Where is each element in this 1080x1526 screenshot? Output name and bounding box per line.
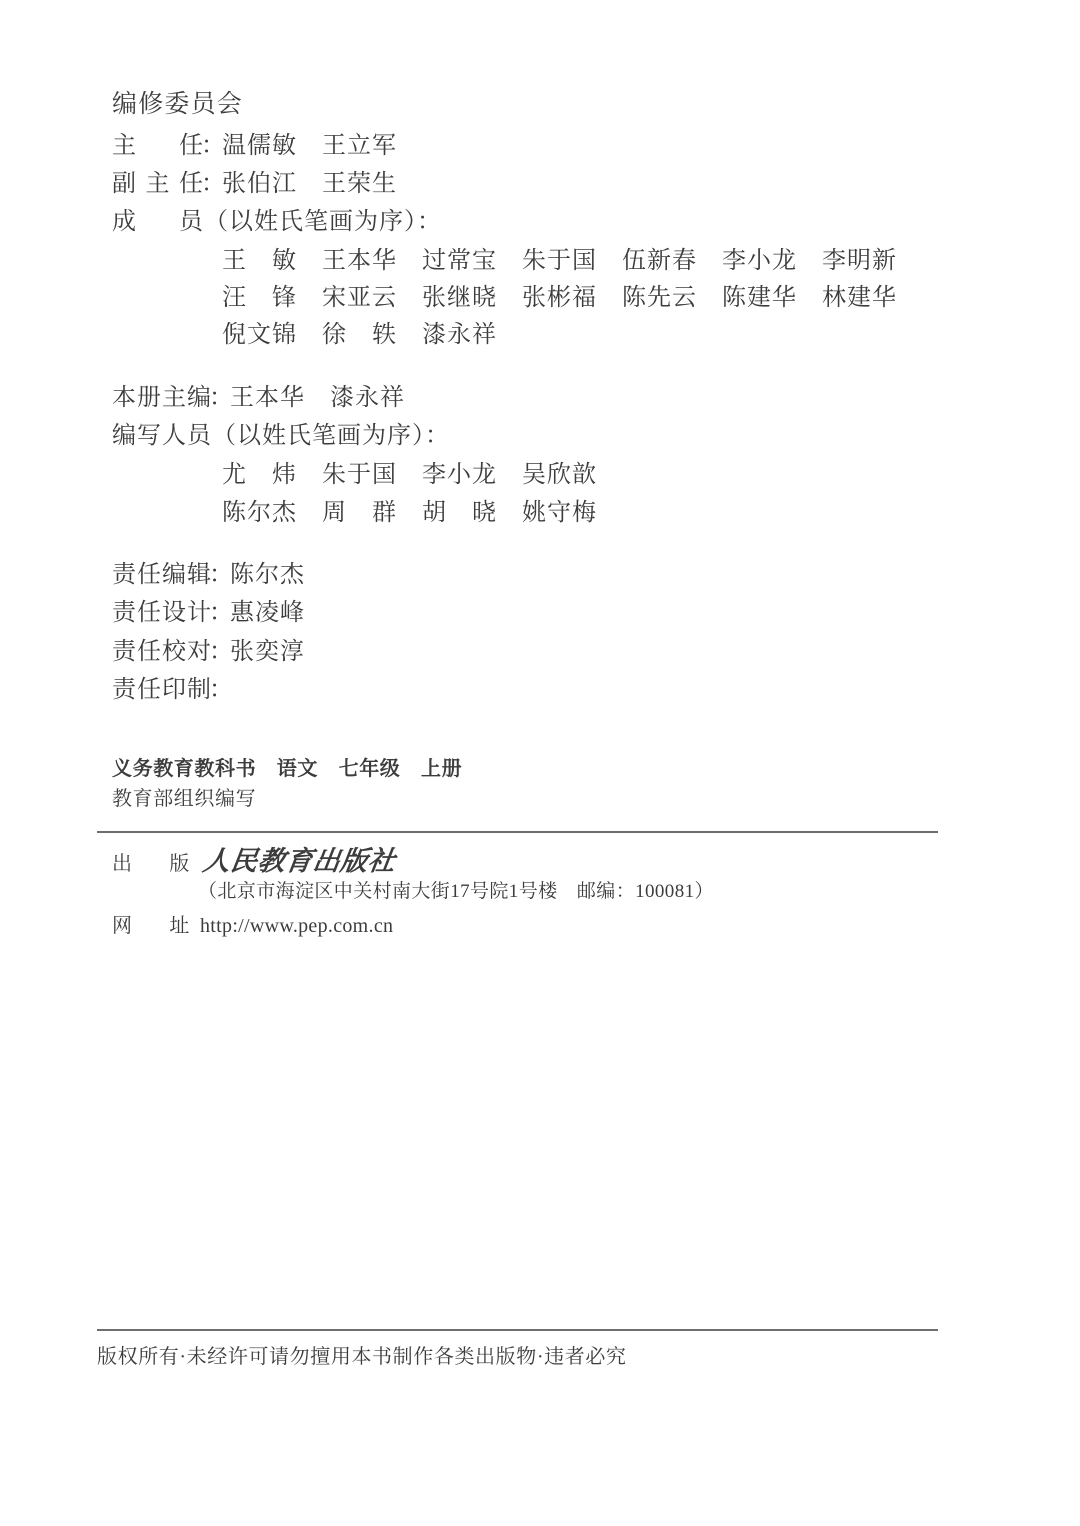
website-url: http://www.pep.com.cn — [200, 916, 393, 936]
vice-chair-label: 副主任 — [112, 172, 204, 196]
colon: ： — [209, 677, 234, 703]
chair-names: 温儒敏 王立军 — [222, 133, 397, 159]
person-name: 林建华 — [822, 286, 897, 310]
staff-printer-label: 责任印制 — [112, 677, 212, 703]
committee-members-label-line: 成员（以姓氏笔画为序）： — [112, 210, 442, 234]
staff-designer-label: 责任设计 — [112, 600, 212, 626]
writers-label-line: 编写人员（以姓氏笔画为序）： — [112, 424, 450, 448]
publisher-address: （北京市海淀区中关村南大街17号院1号楼 邮编：100081） — [198, 882, 714, 901]
person-name: 吴欣歆 — [522, 463, 597, 487]
committee-chair-line: 主任：温儒敏 王立军 — [112, 134, 397, 158]
staff-designer-line: 责任设计：惠凌峰 — [112, 601, 305, 625]
person-name: 李小龙 — [722, 249, 797, 273]
person-name: 朱于国 — [522, 249, 597, 273]
divider-rule-top — [97, 831, 938, 833]
person-name: 胡 晓 — [422, 501, 497, 525]
staff-proofreader-line: 责任校对：张奕淳 — [112, 640, 305, 664]
copyright-notice: 版权所有·未经许可请勿擅用本书制作各类出版物·违者必究 — [97, 1347, 627, 1367]
person-name: 周 群 — [322, 501, 397, 525]
book-colophon-page: 编修委员会 主任：温儒敏 王立军 副主任：张伯江 王荣生 成员（以姓氏笔画为序）… — [0, 0, 1080, 1526]
writer-names-row-2: 陈尔杰周 群胡 晓姚守梅 — [222, 501, 597, 525]
person-name: 倪文锦 — [222, 323, 297, 347]
writers-sort-note: （以姓氏笔画为序）： — [212, 423, 450, 449]
person-name: 张彬福 — [522, 286, 597, 310]
member-names-row-1: 王 敏王本华过常宝朱于国伍新春李小龙李明新 — [222, 249, 897, 273]
person-name: 朱于国 — [322, 463, 397, 487]
publisher-logo-script: 人民教育出版社 — [201, 848, 397, 875]
person-name: 张继晓 — [422, 286, 497, 310]
staff-designer-name: 惠凌峰 — [230, 600, 305, 626]
volume-editors-label: 本册主编 — [112, 385, 212, 411]
staff-proofreader-label: 责任校对 — [112, 639, 212, 665]
member-names-row-2: 汪 锋宋亚云张继晓张彬福陈先云陈建华林建华 — [222, 286, 897, 310]
volume-editors-names: 王本华 漆永祥 — [230, 385, 405, 411]
person-name: 宋亚云 — [322, 286, 397, 310]
publisher-line: 出版人民教育出版社 — [112, 848, 396, 875]
person-name: 王本华 — [322, 249, 397, 273]
chair-label: 主任 — [112, 134, 204, 158]
staff-editor-label: 责任编辑 — [112, 562, 212, 588]
member-names-row-3: 倪文锦徐 轶漆永祥 — [222, 323, 497, 347]
members-label: 成员 — [112, 210, 204, 234]
staff-proofreader-name: 张奕淳 — [230, 639, 305, 665]
website-line: 网址http://www.pep.com.cn — [112, 916, 393, 936]
members-sort-note: （以姓氏笔画为序）： — [204, 209, 442, 235]
person-name: 陈建华 — [722, 286, 797, 310]
website-label: 网址 — [112, 916, 190, 936]
writer-names-row-1: 尤 炜朱于国李小龙吴欣歆 — [222, 463, 597, 487]
volume-editors-line: 本册主编：王本华 漆永祥 — [112, 386, 405, 410]
person-name: 伍新春 — [622, 249, 697, 273]
committee-title: 编修委员会 — [112, 92, 243, 117]
person-name: 姚守梅 — [522, 501, 597, 525]
person-name: 汪 锋 — [222, 286, 297, 310]
person-name: 李明新 — [822, 249, 897, 273]
person-name: 尤 炜 — [222, 463, 297, 487]
person-name: 李小龙 — [422, 463, 497, 487]
committee-vice-chair-line: 副主任：张伯江 王荣生 — [112, 172, 397, 196]
divider-rule-bottom — [97, 1329, 938, 1331]
person-name: 徐 轶 — [322, 323, 397, 347]
person-name: 陈先云 — [622, 286, 697, 310]
staff-editor-name: 陈尔杰 — [230, 562, 305, 588]
vice-chair-names: 张伯江 王荣生 — [222, 171, 397, 197]
person-name: 漆永祥 — [422, 323, 497, 347]
person-name: 王 敏 — [222, 249, 297, 273]
book-series-title: 义务教育教科书 语文 七年级 上册 — [112, 759, 462, 779]
person-name: 陈尔杰 — [222, 501, 297, 525]
person-name: 过常宝 — [422, 249, 497, 273]
organizer-line: 教育部组织编写 — [112, 789, 256, 809]
publisher-label: 出版 — [112, 854, 190, 874]
writers-label: 编写人员 — [112, 423, 212, 449]
staff-printer-line: 责任印制： — [112, 678, 230, 702]
staff-editor-line: 责任编辑：陈尔杰 — [112, 563, 305, 587]
